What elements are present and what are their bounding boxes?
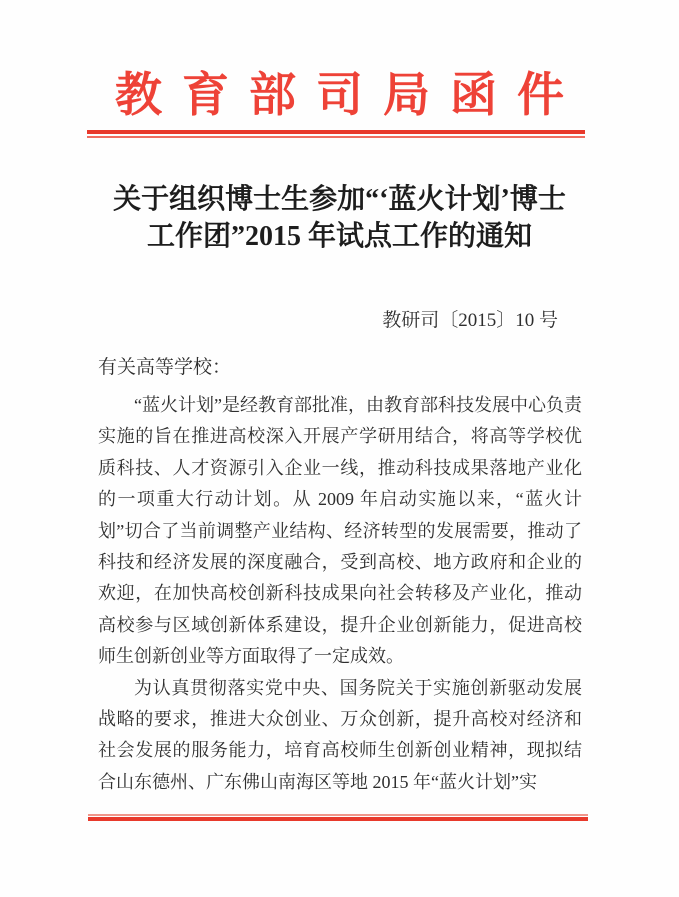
salutation: 有关高等学校：: [98, 352, 231, 379]
header-rule-thin-line: [87, 136, 585, 138]
footer-rule-thick-line: [88, 817, 588, 821]
document-number: 教研司〔2015〕10 号: [98, 305, 582, 332]
document-title-line2: 工作团”2015 年试点工作的通知: [50, 218, 629, 255]
document-title-line1: 关于组织博士生参加“‘蓝火计划’博士: [50, 181, 629, 218]
body-paragraph-2: 为认真贯彻落实党中央、国务院关于实施创新驱动发展战略的要求，推进大众创业、万众创…: [98, 673, 582, 799]
scanned-official-letter-page: 教育部司局函件 关于组织博士生参加“‘蓝火计划’博士 工作团”2015 年试点工…: [0, 0, 679, 897]
body-paragraph-1: “蓝火计划”是经教育部批准，由教育部科技发展中心负责实施的旨在推进高校深入开展产…: [98, 390, 582, 673]
document-title: 关于组织博士生参加“‘蓝火计划’博士 工作团”2015 年试点工作的通知: [50, 181, 629, 255]
masthead-title: 教育部司局函件: [0, 58, 679, 125]
header-rule-thick-line: [87, 130, 585, 134]
header-divider-rule: [87, 130, 585, 138]
letter-body: “蓝火计划”是经教育部批准，由教育部科技发展中心负责实施的旨在推进高校深入开展产…: [98, 390, 582, 798]
footer-divider-rule: [88, 814, 588, 821]
footer-rule-thin-line: [88, 814, 588, 816]
